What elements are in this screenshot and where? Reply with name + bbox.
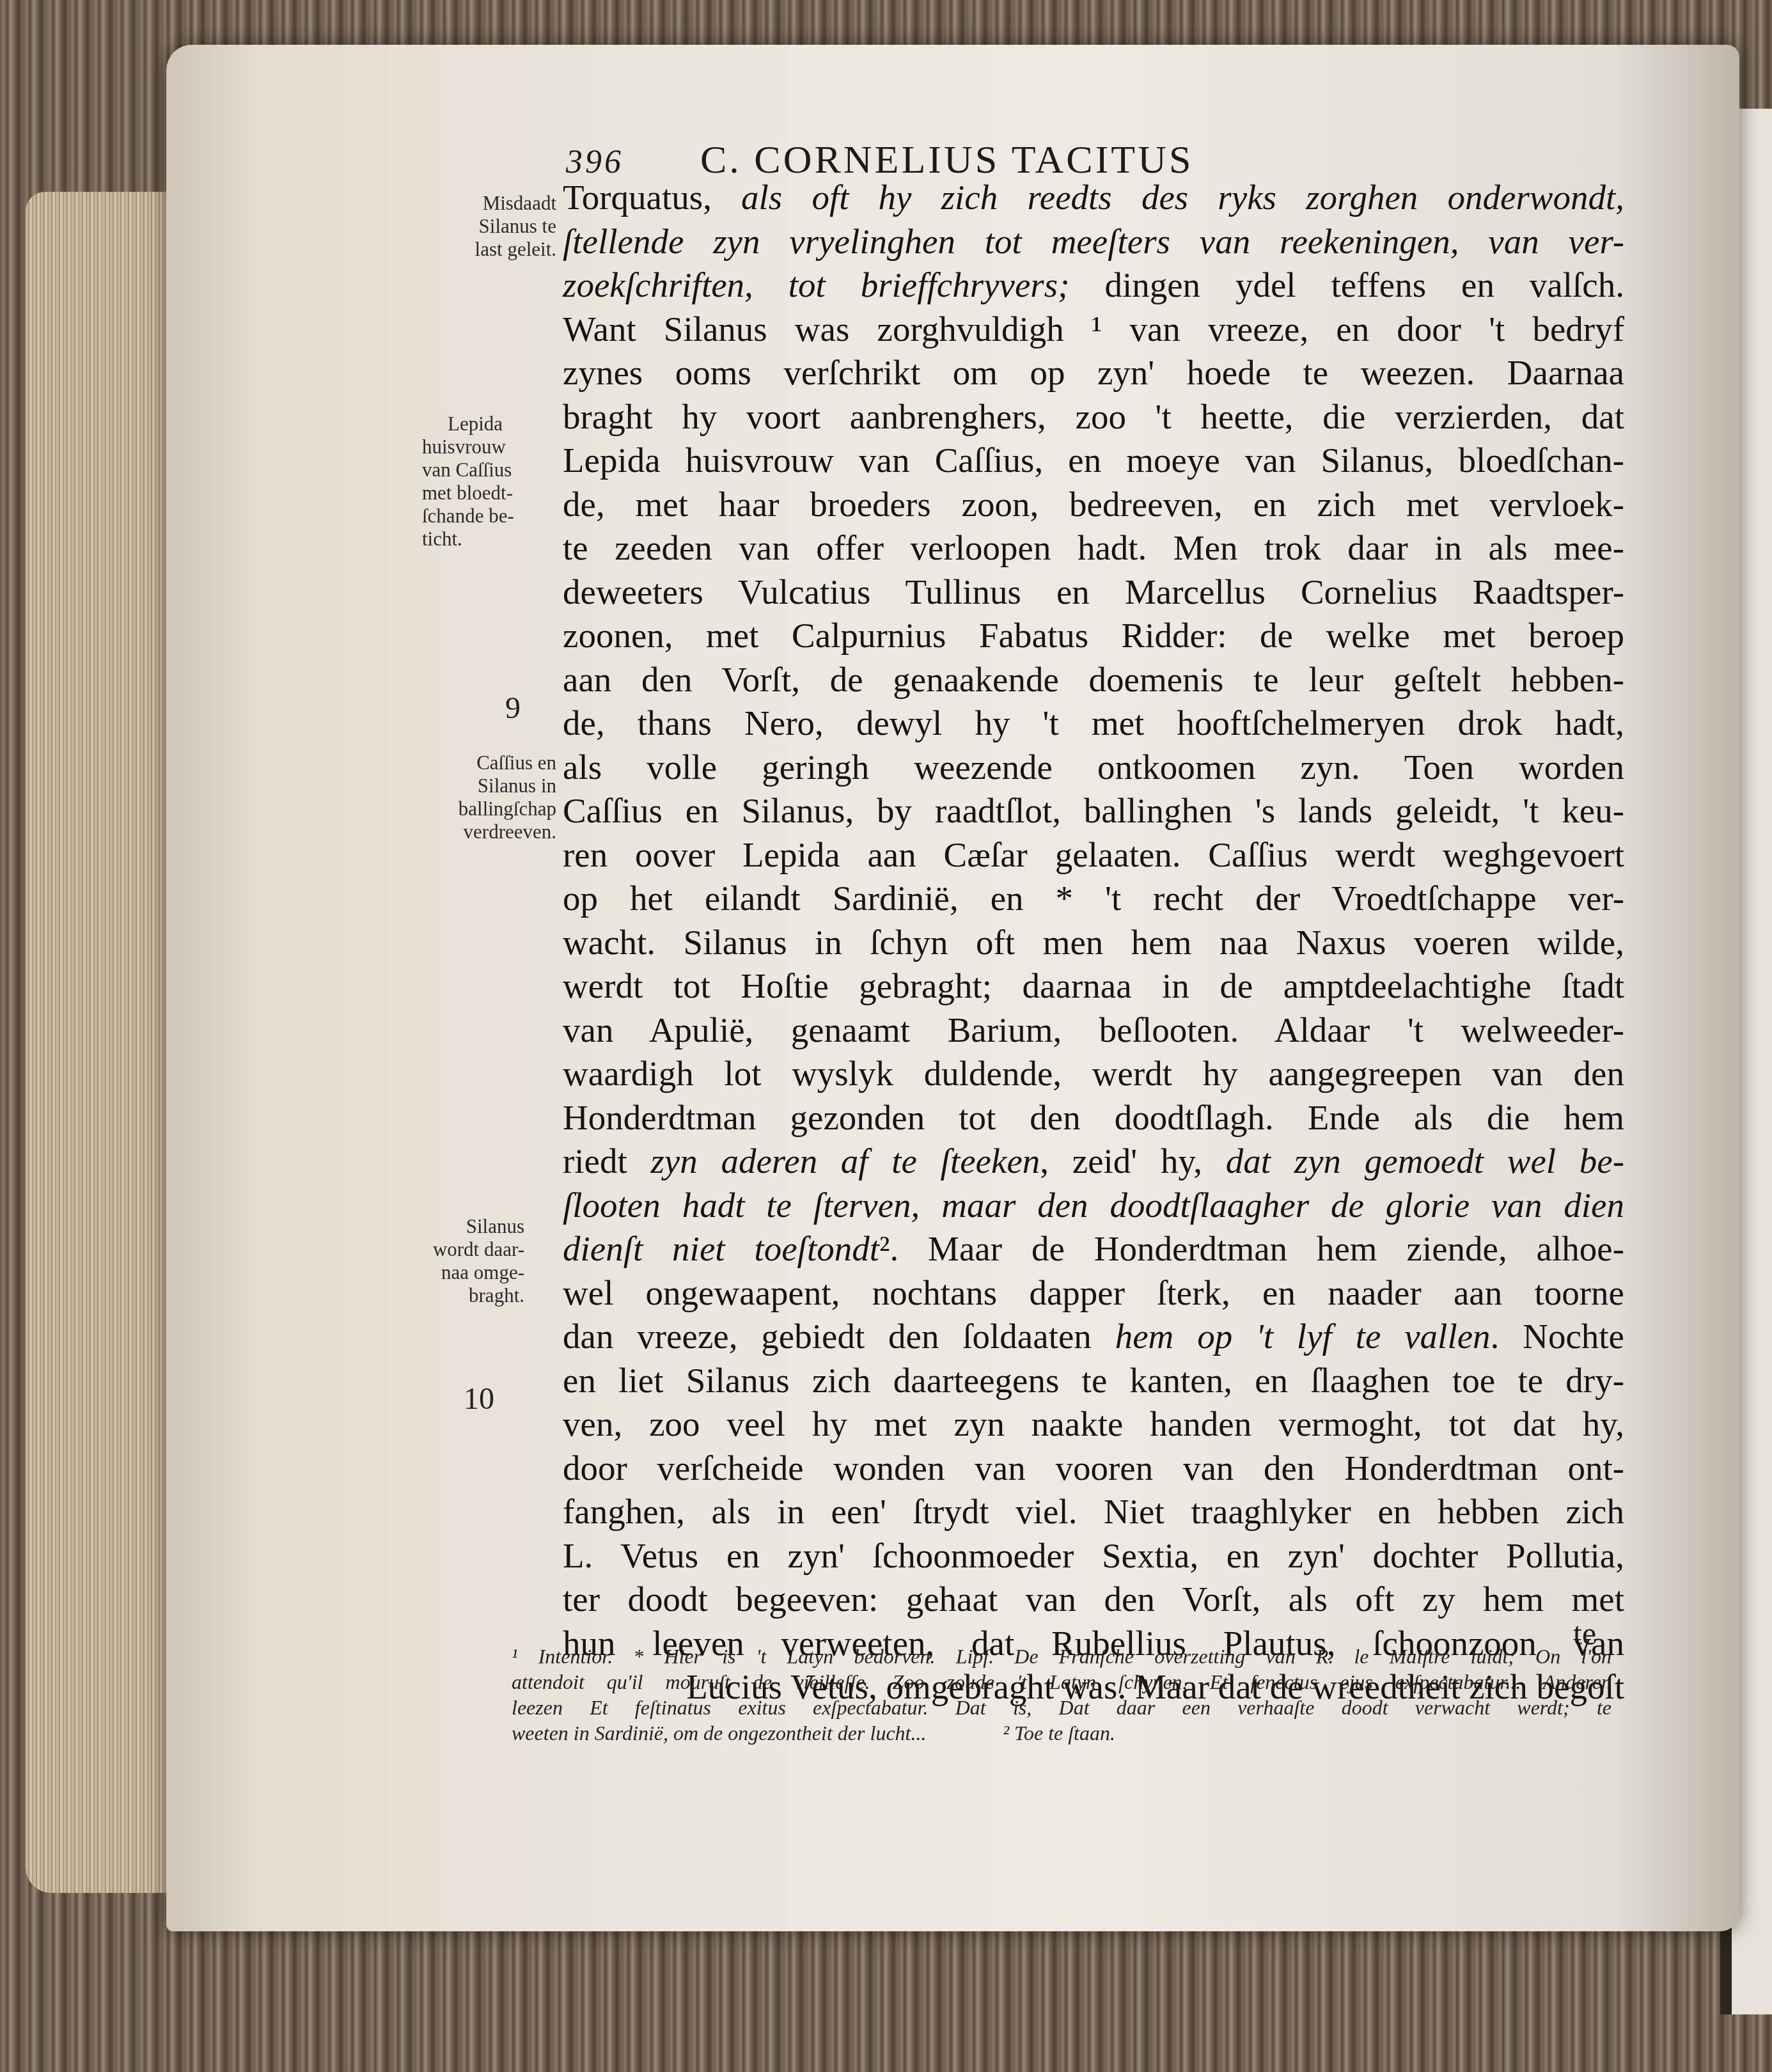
body-line: deweeters Vulcatius Tullinus en Marcellu…: [563, 570, 1624, 615]
margin-note-misdaadt: Misdaadt Silanus te last geleit.: [409, 192, 556, 261]
footnote-line: weeten in Sardinië, om de ongezontheit d…: [512, 1720, 1611, 1746]
roman-text: als volle geringh weezende ontkoomen zyn…: [563, 748, 1624, 787]
roman-text: werdt tot Hoſtie gebraght; daarnaa in de…: [563, 966, 1624, 1005]
body-line: riedt zyn aderen af te ſteeken, zeid' hy…: [563, 1140, 1624, 1184]
roman-text: L. Vetus en zyn' ſchoonmoeder Sextia, en…: [563, 1536, 1624, 1575]
body-line: ren oover Lepida aan Cæſar gelaaten. Caſ…: [563, 833, 1624, 877]
margin-note-line: Caſſius en: [409, 751, 556, 774]
body-line: waardigh lot wyslyk duldende, werdt hy a…: [563, 1052, 1624, 1096]
footnote-text: ² Toe te ſtaan.: [1003, 1722, 1115, 1745]
roman-text: ter doodt begeeven: gehaat van den Vorſt…: [563, 1580, 1624, 1619]
roman-text: en liet Silanus zich daarteegens te kant…: [563, 1361, 1624, 1400]
body-line: van Apulië, genaamt Barium, beſlooten. A…: [563, 1009, 1624, 1053]
footnote-line: ¹ Intentior. * Hier is 't Latyn bedorven…: [512, 1644, 1611, 1669]
body-line: Honderdtman gezonden tot den doodtſlagh.…: [563, 1096, 1624, 1140]
footnote-text: weeten in Sardinië, om de ongezontheit d…: [512, 1722, 926, 1745]
roman-text: zoonen, met Calpurnius Fabatus Ridder: d…: [563, 616, 1624, 655]
roman-text: aan den Vorſt, de genaakende doemenis te…: [563, 660, 1624, 699]
roman-text: Lepida huisvrouw van Caſſius, en moeye v…: [563, 441, 1624, 480]
body-line: als volle geringh weezende ontkoomen zyn…: [563, 746, 1624, 790]
roman-text: , zeid' hy,: [1040, 1142, 1225, 1181]
body-line: zynes ooms verſchrikt om op zyn' hoede t…: [563, 351, 1624, 395]
margin-note-line: ballingſchap: [409, 797, 556, 820]
italic-text: dienſt niet toeſtondt: [563, 1229, 879, 1268]
roman-text: te zeeden van offer verloopen hadt. Men …: [563, 528, 1624, 567]
roman-text: Honderdtman gezonden tot den doodtſlagh.…: [563, 1098, 1624, 1137]
roman-text: ren oover Lepida aan Cæſar gelaaten. Caſ…: [563, 835, 1624, 874]
roman-text: dingen ydel teffens en valſch.: [1070, 265, 1625, 304]
italic-text: zyn aderen af te ſteeken: [650, 1142, 1040, 1181]
body-line: Want Silanus was zorghvuldigh ¹ van vree…: [563, 308, 1624, 352]
body-line: Lepida huisvrouw van Caſſius, en moeye v…: [563, 439, 1624, 483]
margin-note-line: wordt daar-: [396, 1238, 524, 1261]
italic-text: hem op 't lyf te vallen: [1115, 1317, 1491, 1356]
body-text: Torquatus, als oft hy zich reedts des ry…: [563, 176, 1624, 1709]
body-line: ſlooten hadt te ſterven, maar den doodtſ…: [563, 1184, 1624, 1228]
roman-text: door verſcheide wonden van vooren van de…: [563, 1448, 1624, 1487]
margin-note-line: verdreeven.: [409, 820, 556, 844]
italic-text: ſlooten hadt te ſterven, maar den doodtſ…: [563, 1186, 1624, 1225]
margin-note-line: Lepida: [422, 412, 556, 436]
roman-text: de, thans Nero, dewyl hy 't met hooftſch…: [563, 703, 1624, 742]
body-line: braght hy voort aanbrenghers, zoo 't hee…: [563, 395, 1624, 439]
margin-note-line: last geleit.: [409, 238, 556, 261]
roman-text: waardigh lot wyslyk duldende, werdt hy a…: [563, 1054, 1624, 1093]
body-line: en liet Silanus zich daarteegens te kant…: [563, 1359, 1624, 1403]
roman-text: ². Maar de Honderdtman hem ziende, alhoe…: [879, 1229, 1624, 1268]
roman-text: ven, zoo veel hy met zyn naakte handen v…: [563, 1404, 1624, 1443]
body-line: wel ongewaapent, nochtans dapper ſterk, …: [563, 1271, 1624, 1315]
roman-text: . Nochte: [1491, 1317, 1624, 1356]
footnotes: ¹ Intentior. * Hier is 't Latyn bedorven…: [512, 1644, 1611, 1746]
margin-note-line: huisvrouw: [422, 436, 556, 459]
body-line: wacht. Silanus in ſchyn oft men hem naa …: [563, 921, 1624, 965]
roman-text: zynes ooms verſchrikt om op zyn' hoede t…: [563, 353, 1624, 392]
body-line: ven, zoo veel hy met zyn naakte handen v…: [563, 1402, 1624, 1447]
roman-text: Caſſius en Silanus, by raadtſlot, ballin…: [563, 791, 1624, 830]
roman-text: dan vreeze, gebiedt den ſoldaaten: [563, 1317, 1115, 1356]
body-line: Torquatus, als oft hy zich reedts des ry…: [563, 176, 1624, 220]
roman-text: op het eilandt Sardinië, en * 't recht d…: [563, 879, 1624, 918]
body-line: ter doodt begeeven: gehaat van den Vorſt…: [563, 1578, 1624, 1622]
footnote-line: attendoit qu'il mouruſt de vieilleſſe. Z…: [512, 1669, 1611, 1695]
body-line: aan den Vorſt, de genaakende doemenis te…: [563, 658, 1624, 702]
body-line: ſtellende zyn vryelinghen tot meeſters v…: [563, 220, 1624, 264]
margin-note-line: van Caſſius: [422, 459, 556, 482]
section-number-9: 9: [505, 691, 521, 726]
margin-note-line: Silanus: [396, 1215, 524, 1238]
body-line: dan vreeze, gebiedt den ſoldaaten hem op…: [563, 1315, 1624, 1359]
body-line: de, met haar broeders zoon, bedreeven, e…: [563, 483, 1624, 527]
body-line: Caſſius en Silanus, by raadtſlot, ballin…: [563, 789, 1624, 833]
margin-note-line: ſchande be-: [422, 505, 556, 528]
roman-text: de, met haar broeders zoon, bedreeven, e…: [563, 485, 1624, 524]
body-line: door verſcheide wonden van vooren van de…: [563, 1447, 1624, 1491]
margin-note-line: Silanus te: [409, 215, 556, 238]
italic-text: dat zyn gemoedt wel be-: [1226, 1142, 1624, 1181]
body-line: werdt tot Hoſtie gebraght; daarnaa in de…: [563, 964, 1624, 1009]
margin-note-silanus: Silanus wordt daar- naa omge- braght.: [396, 1215, 524, 1307]
roman-text: deweeters Vulcatius Tullinus en Marcellu…: [563, 572, 1624, 611]
roman-text: fanghen, als in een' ſtrydt viel. Niet t…: [563, 1492, 1624, 1531]
margin-note-line: Misdaadt: [409, 192, 556, 215]
body-line: op het eilandt Sardinië, en * 't recht d…: [563, 877, 1624, 921]
roman-text: van Apulië, genaamt Barium, beſlooten. A…: [563, 1010, 1624, 1049]
roman-text: braght hy voort aanbrenghers, zoo 't hee…: [563, 397, 1624, 436]
body-line: te zeeden van offer verloopen hadt. Men …: [563, 526, 1624, 570]
italic-text: als oft hy zich reedts des ryks zorghen …: [741, 178, 1624, 217]
body-line: L. Vetus en zyn' ſchoonmoeder Sextia, en…: [563, 1534, 1624, 1578]
margin-note-line: braght.: [396, 1284, 524, 1307]
body-line: dienſt niet toeſtondt². Maar de Honderdt…: [563, 1227, 1624, 1271]
margin-note-line: ticht.: [422, 528, 556, 551]
margin-note-cassius: Caſſius en Silanus in ballingſchap verdr…: [409, 751, 556, 844]
margin-note-lepida: Lepida huisvrouw van Caſſius met bloedt-…: [422, 412, 556, 551]
italic-text: ſtellende zyn vryelinghen tot meeſters v…: [563, 222, 1624, 261]
italic-text: zoekſchriften, tot brieffchryvers;: [563, 265, 1070, 304]
margin-note-line: met bloedt-: [422, 482, 556, 505]
roman-text: wacht. Silanus in ſchyn oft men hem naa …: [563, 923, 1624, 962]
footnote-line: leezen Et feſtinatus exitus exſpectabatu…: [512, 1695, 1611, 1720]
margin-note-line: Silanus in: [409, 774, 556, 797]
body-line: de, thans Nero, dewyl hy 't met hooftſch…: [563, 702, 1624, 746]
roman-text: riedt: [563, 1142, 650, 1181]
body-line: zoonen, met Calpurnius Fabatus Ridder: d…: [563, 614, 1624, 658]
roman-text: Want Silanus was zorghvuldigh ¹ van vree…: [563, 310, 1624, 349]
roman-text: Torquatus,: [563, 178, 741, 217]
body-line: fanghen, als in een' ſtrydt viel. Niet t…: [563, 1490, 1624, 1534]
section-number-10: 10: [464, 1381, 494, 1417]
margin-note-line: naa omge-: [396, 1261, 524, 1284]
roman-text: wel ongewaapent, nochtans dapper ſterk, …: [563, 1273, 1624, 1312]
body-line: zoekſchriften, tot brieffchryvers; dinge…: [563, 263, 1624, 308]
